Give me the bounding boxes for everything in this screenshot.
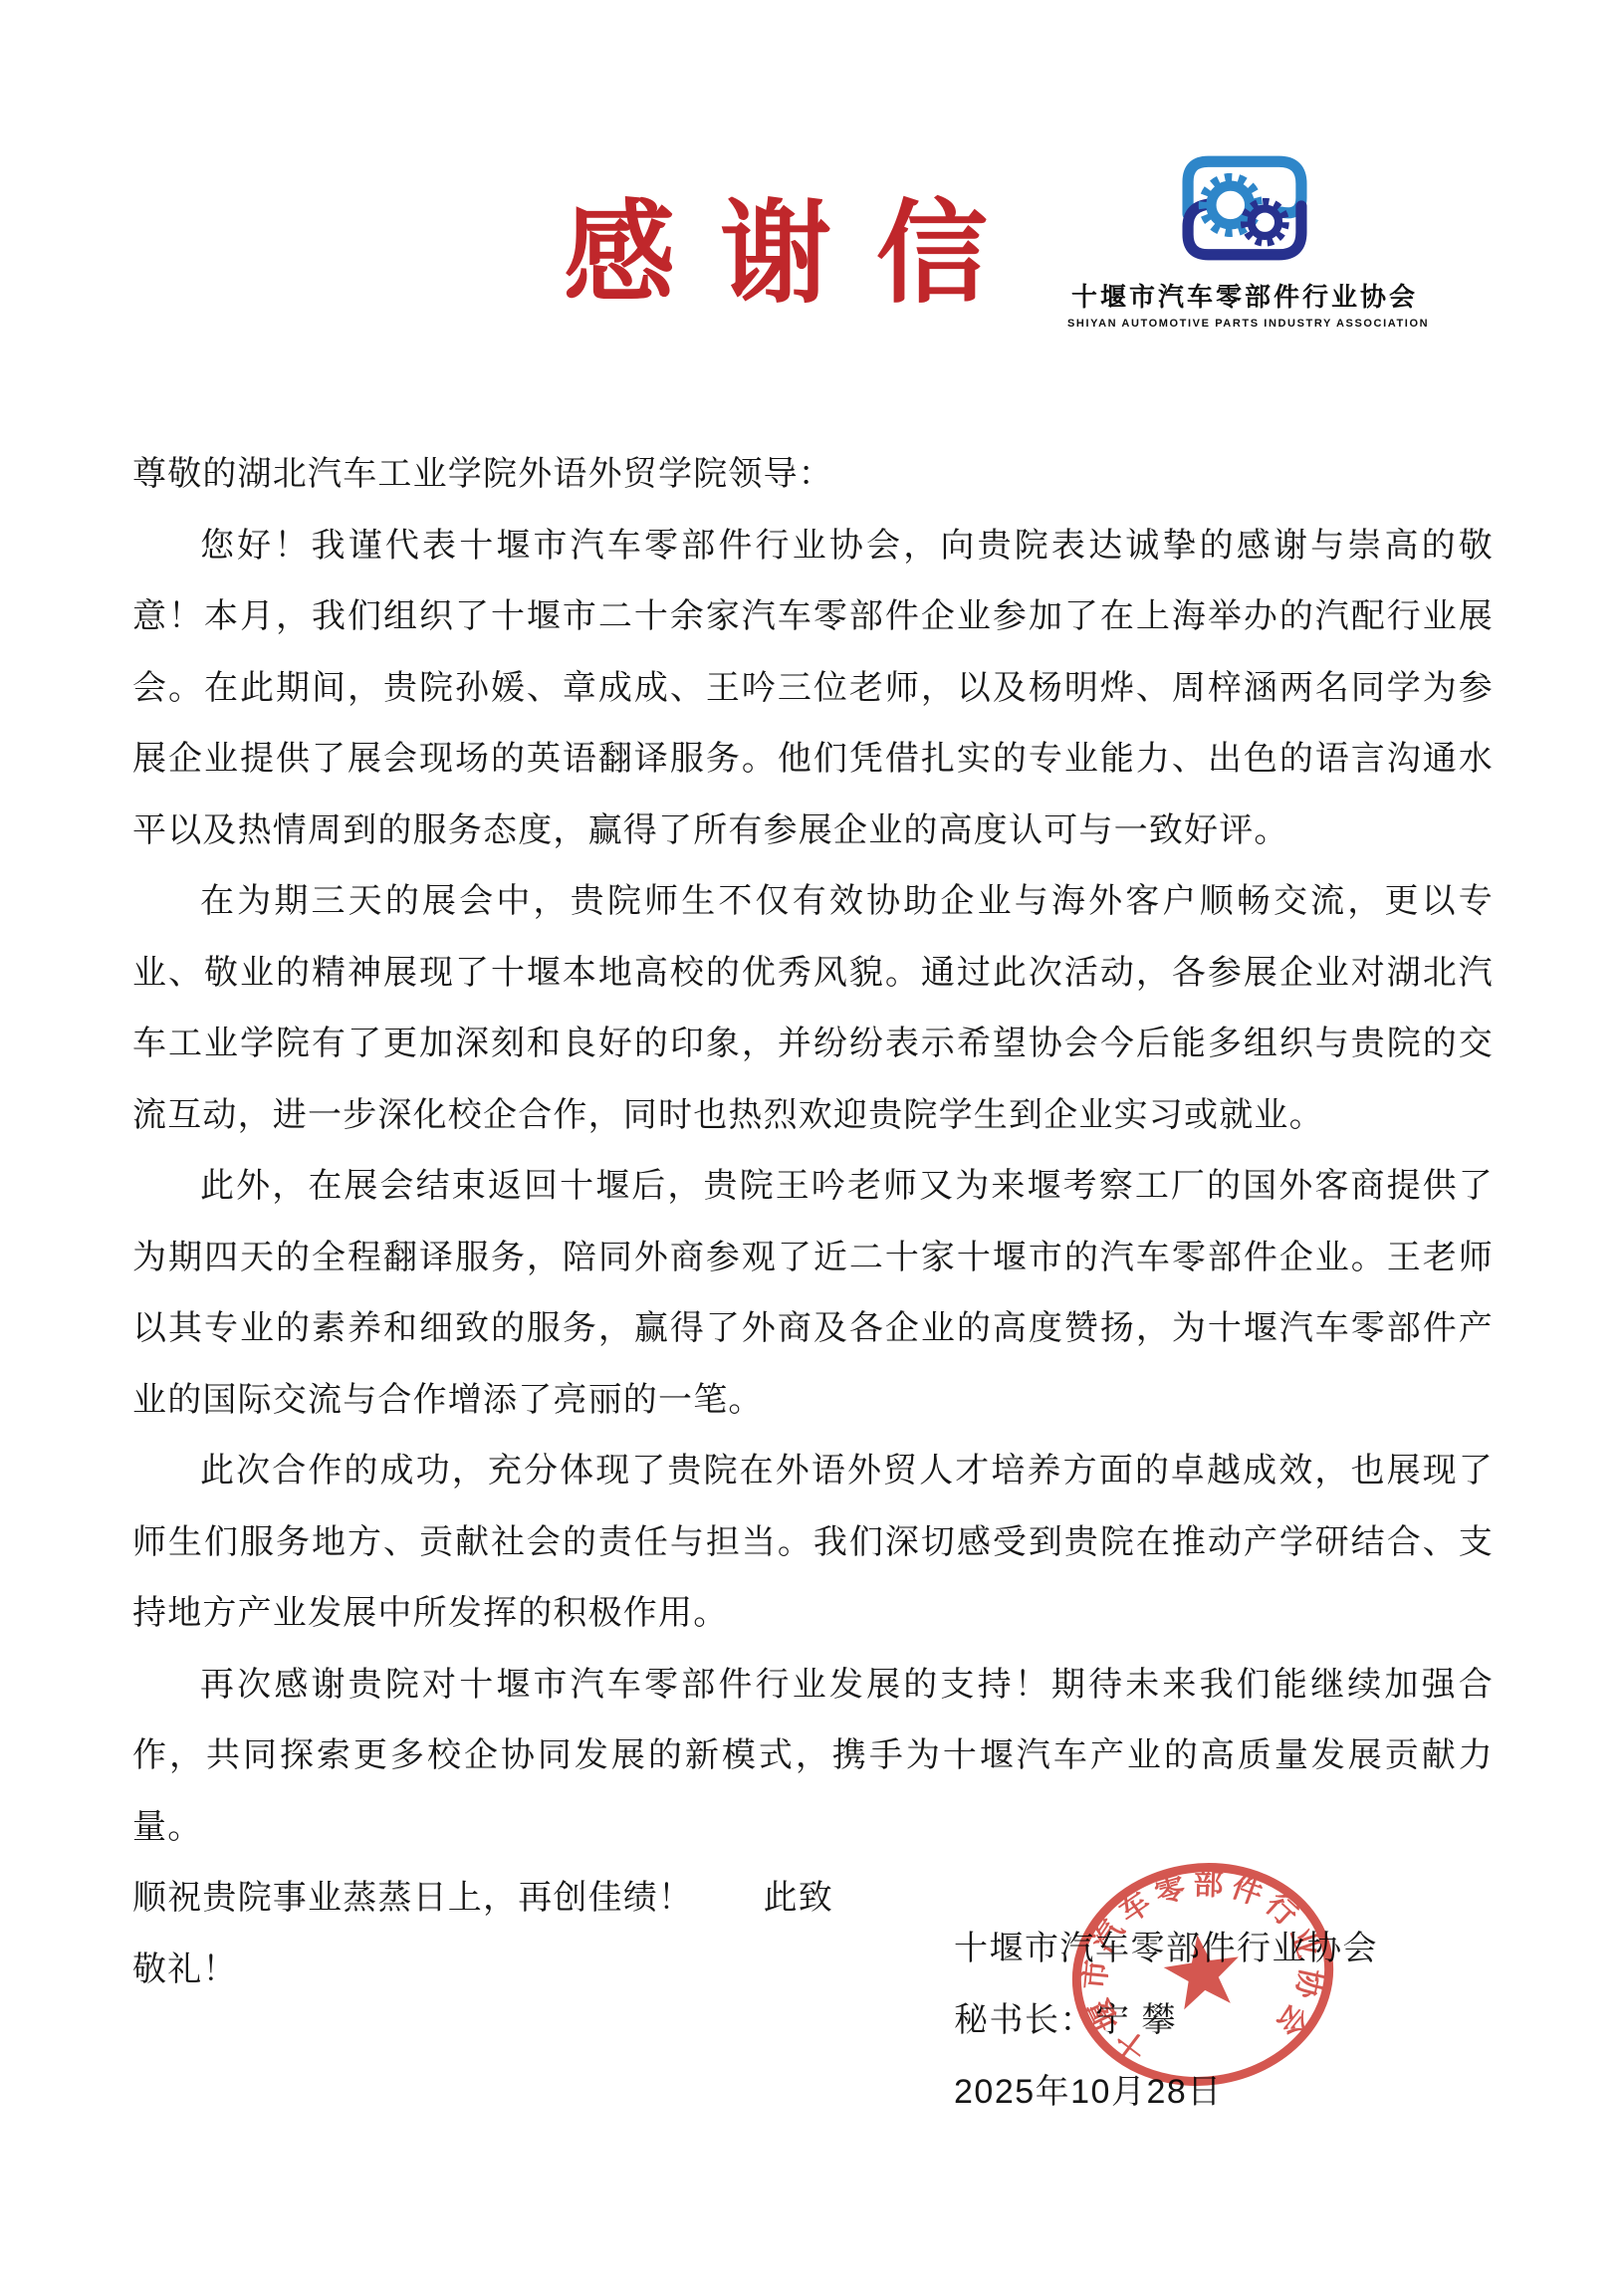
logo-gear-light-ring (1211, 186, 1250, 225)
letter-paragraph: 您好！我谨代表十堰市汽车零部件行业协会，向贵院表达诚挚的感谢与崇高的敬意！本月，… (132, 511, 1494, 867)
salutation: 尊敬的湖北汽车工业学院外语外贸学院领导： (132, 439, 1494, 511)
signature-date: 2025年10月28日 (954, 2056, 1378, 2128)
letter-body: 尊敬的湖北汽车工业学院外语外贸学院领导： 您好！我谨代表十堰市汽车零部件行业协会… (132, 439, 1494, 2005)
letter-paragraph: 在为期三天的展会中，贵院师生不仅有效协助企业与海外客户顺畅交流，更以专业、敬业的… (132, 866, 1494, 1151)
signature-org: 十堰市汽车零部件行业协会 (954, 1913, 1378, 1984)
signature-block: 十堰市汽车零部件行业协会 秘书长：宁 攀 2025年10月28日 (954, 1913, 1378, 2128)
logo-name-en: SHIYAN AUTOMOTIVE PARTS INDUSTRY ASSOCIA… (1067, 318, 1422, 330)
logo-name-cn: 十堰市汽车零部件行业协会 (1067, 277, 1422, 314)
page-title: 感谢信 (564, 191, 1033, 320)
association-logo: 十堰市汽车零部件行业协会 SHIYAN AUTOMOTIVE PARTS IND… (1067, 147, 1422, 330)
letter-page: 感谢信 十堰市汽车零部件行业协会 SHIYAN AUTOMOTIVE PARTS… (0, 0, 1623, 2296)
letter-paragraph: 再次感谢贵院对十堰市汽车零部件行业发展的支持！期待未来我们能继续加强合作，共同探… (132, 1650, 1494, 1864)
letter-paragraphs: 您好！我谨代表十堰市汽车零部件行业协会，向贵院表达诚挚的感谢与崇高的敬意！本月，… (132, 511, 1494, 1864)
letter-paragraph: 此次合作的成功，充分体现了贵院在外语外贸人才培养方面的卓越成效，也展现了师生们服… (132, 1436, 1494, 1650)
signature-signer: 秘书长：宁 攀 (954, 1984, 1378, 2056)
gears-logo-icon (1172, 147, 1317, 269)
letter-paragraph: 此外，在展会结束返回十堰后，贵院王吟老师又为来堰考察工厂的国外客商提供了为期四天… (132, 1151, 1494, 1436)
